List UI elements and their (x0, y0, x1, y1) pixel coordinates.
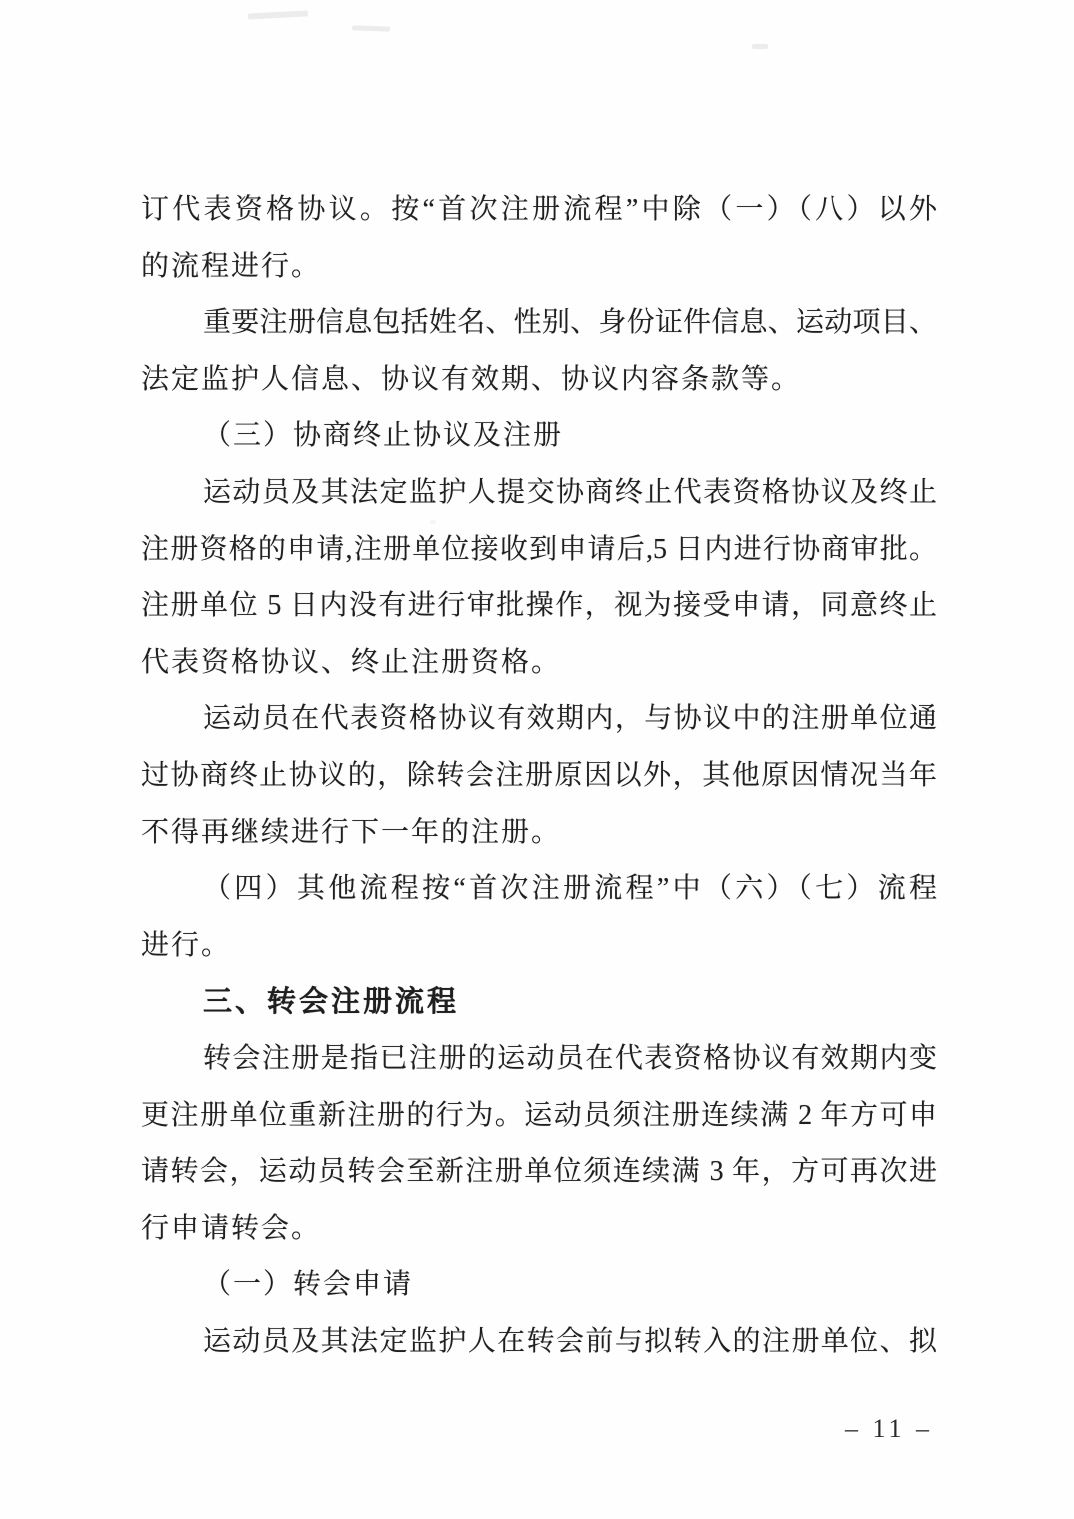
subsection-label: （一）转会申请 (141, 1257, 937, 1314)
text-line: 法定监护人信息、协议有效期、协议内容条款等。 (141, 352, 937, 409)
text-line: 过协商终止协议的，除转会注册原因以外，其他原因情况当年 (141, 748, 937, 805)
text-line: 重要注册信息包括姓名、性别、身份证件信息、运动项目、 (141, 295, 937, 352)
text-line: 运动员及其法定监护人提交协商终止代表资格协议及终止 (141, 465, 937, 522)
scan-artifact (352, 25, 390, 31)
text-line: 请转会，运动员转会至新注册单位须连续满 3 年，方可再次进 (141, 1144, 937, 1201)
text-line: 运动员在代表资格协议有效期内，与协议中的注册单位通 (141, 691, 937, 748)
text-line: 的流程进行。 (141, 239, 937, 296)
text-line: 注册单位 5 日内没有进行审批操作，视为接受申请，同意终止 (141, 578, 937, 635)
document-page: 订代表资格协议。按“首次注册流程”中除（一）（八）以外 的流程进行。 重要注册信… (0, 0, 1074, 1519)
scan-artifact (752, 44, 768, 49)
page-number: – 11 – (845, 1414, 933, 1444)
text-line: 转会注册是指已注册的运动员在代表资格协议有效期内变 (141, 1031, 937, 1088)
text-line: 注册资格的申请,注册单位接收到申请后,5 日内进行协商审批。 (141, 522, 937, 579)
text-line: 运动员及其法定监护人在转会前与拟转入的注册单位、拟 (141, 1314, 937, 1371)
text-line: 行申请转会。 (141, 1201, 937, 1258)
subsection-label: （四）其他流程按“首次注册流程”中（六）（七）流程 (141, 861, 937, 918)
text-line: 不得再继续进行下一年的注册。 (141, 805, 937, 862)
text-line: 订代表资格协议。按“首次注册流程”中除（一）（八）以外 (141, 182, 937, 239)
subsection-label: （三）协商终止协议及注册 (141, 408, 937, 465)
text-line: 代表资格协议、终止注册资格。 (141, 635, 937, 692)
document-body: 订代表资格协议。按“首次注册流程”中除（一）（八）以外 的流程进行。 重要注册信… (141, 182, 937, 1370)
text-line: 进行。 (141, 918, 937, 975)
scan-artifact (248, 10, 308, 19)
section-heading: 三、转会注册流程 (141, 974, 937, 1031)
text-line: 更注册单位重新注册的行为。运动员须注册连续满 2 年方可申 (141, 1088, 937, 1145)
